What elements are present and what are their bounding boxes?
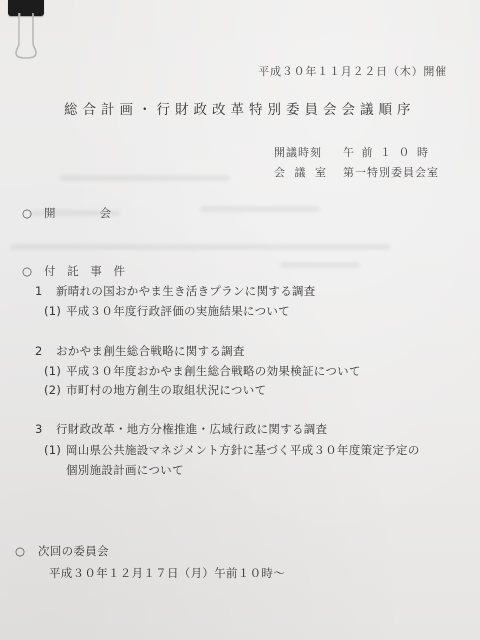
agenda-item: 行財政改革・地方分権推進・広域行政に関する調査 <box>56 422 327 436</box>
meeting-time-value: 午 前 １ ０ 時 <box>343 146 430 160</box>
agenda-subitem: 岡山県公共施設マネジメント方針に基づく平成３０年度策定予定の <box>66 443 420 457</box>
section-marker: ○ <box>15 544 29 558</box>
bleed-through-mark <box>60 175 230 181</box>
agenda-subitem-number: (1) <box>44 304 61 318</box>
agenda-item-number: 3 <box>35 422 43 436</box>
agenda-item: おかやま創生総合戦略に関する調査 <box>56 344 245 358</box>
meeting-time-label: 開議時刻 <box>274 146 322 160</box>
bleed-through-mark <box>200 206 320 212</box>
document-title: 総合計画・行財政改革特別委員会会議順序 <box>64 103 416 117</box>
binder-clip-icon <box>8 0 44 62</box>
agenda-subitem: 平成３０年度行政評価の実施結果について <box>66 304 290 318</box>
agenda-item-number: 1 <box>35 284 43 298</box>
document-page: 平成３０年１１月２２日（木）開催 総合計画・行財政改革特別委員会会議順序 開議時… <box>0 0 480 640</box>
agenda-subitem-number: (1) <box>44 443 61 457</box>
section-marker: ○ <box>22 206 36 220</box>
agenda-item: 新晴れの国おかやま生き活きプランに関する調査 <box>56 284 316 298</box>
agenda-item-number: 2 <box>35 344 43 358</box>
section-next-meeting: 次回の委員会 <box>38 544 109 558</box>
bleed-through-mark <box>10 244 390 250</box>
meeting-room-value: 第一特別委員会室 <box>343 166 439 180</box>
meeting-date: 平成３０年１１月２２日（木）開催 <box>258 65 447 79</box>
meeting-room-label: 会 議 室 <box>274 166 329 180</box>
next-meeting-datetime: 平成３０年１２月１７日（月）午前１０時～ <box>49 566 285 580</box>
binder-clip-wire <box>15 13 37 59</box>
section-referred-matters: 付 託 事 件 <box>44 264 129 278</box>
agenda-subitem: 平成３０年度おかやま創生総合戦略の効果検証について <box>66 364 361 378</box>
agenda-subitem-continuation: 個別施設計画について <box>66 463 184 477</box>
agenda-subitem-number: (2) <box>44 383 61 397</box>
agenda-subitem-number: (1) <box>44 364 61 378</box>
section-opening: 開 会 <box>44 206 118 220</box>
agenda-subitem: 市町村の地方創生の取組状況について <box>66 383 266 397</box>
section-marker: ○ <box>22 264 36 278</box>
bleed-through-mark <box>280 262 360 268</box>
